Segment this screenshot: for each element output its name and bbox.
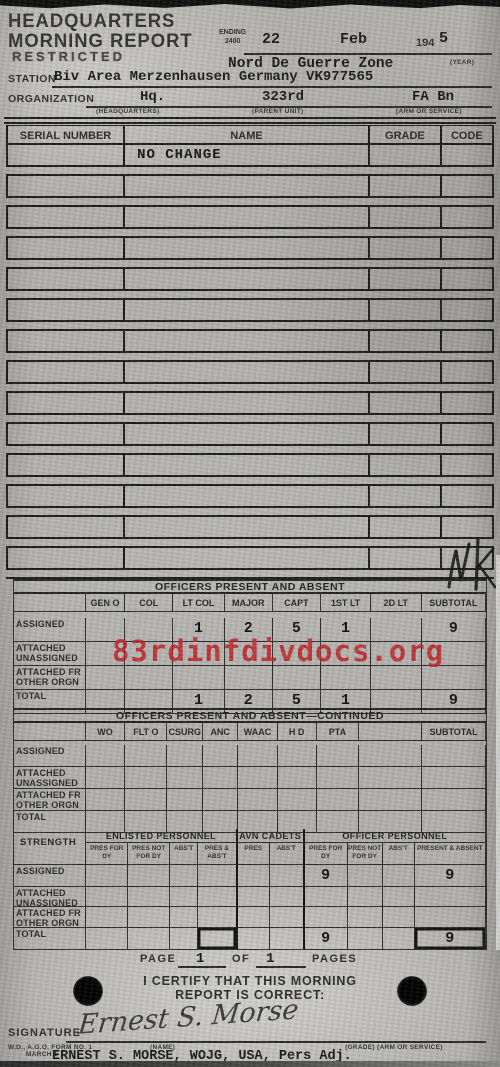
roster-cell bbox=[6, 548, 125, 568]
ending-word: ENDING bbox=[219, 29, 246, 36]
roster-cell bbox=[6, 331, 125, 351]
value-cell bbox=[128, 928, 170, 950]
roster-row-spacer bbox=[6, 446, 494, 455]
roster-cell bbox=[6, 486, 125, 506]
roster-cell bbox=[6, 424, 125, 444]
value-cell bbox=[317, 789, 360, 811]
value-cell bbox=[128, 907, 170, 928]
value-cell bbox=[86, 789, 126, 811]
value-cell bbox=[305, 907, 348, 928]
roster-cell bbox=[6, 300, 125, 320]
column-header: ANC bbox=[203, 723, 238, 741]
column-header: CSURG bbox=[167, 723, 203, 741]
value-cell bbox=[383, 865, 415, 887]
roster-empty-row bbox=[6, 424, 494, 446]
value-cell bbox=[238, 789, 278, 811]
organization-label: ORGANIZATION bbox=[8, 93, 94, 105]
pages-total-underline bbox=[256, 966, 306, 968]
roster-row-spacer bbox=[6, 229, 494, 238]
column-header-serial: SERIAL NUMBER bbox=[6, 126, 125, 143]
roster-empty-row bbox=[6, 362, 494, 384]
strength-table-section: STRENGTH ENLISTED PERSONNEL AVN CADETS O… bbox=[13, 829, 487, 950]
sub-column-header: ABS'T bbox=[383, 843, 415, 865]
officers-continued-title: OFFICERS PRESENT AND ABSENT—CONTINUED bbox=[13, 708, 487, 723]
roster-cell bbox=[6, 238, 125, 258]
value-cell bbox=[238, 865, 270, 887]
roster-row-spacer bbox=[6, 167, 494, 176]
column-header: WO bbox=[86, 723, 126, 741]
column-header-grade: GRADE bbox=[370, 126, 442, 143]
roster-cell bbox=[6, 145, 125, 165]
sub-column-header: PRESENT & ABSENT bbox=[415, 843, 486, 865]
value-cell bbox=[86, 887, 128, 907]
roster-cell bbox=[6, 269, 125, 289]
roster-empty-row bbox=[6, 300, 494, 322]
bottom-scan-edge bbox=[0, 1061, 500, 1067]
roster-cell bbox=[442, 486, 494, 506]
value-cell bbox=[86, 767, 126, 789]
station-label: STATION bbox=[8, 73, 56, 85]
sub-column-header: PRES NOT FOR DY bbox=[348, 843, 383, 865]
roster-cell bbox=[370, 455, 442, 475]
value-cell bbox=[317, 767, 360, 789]
column-header: FLT O bbox=[125, 723, 167, 741]
roster-empty-rows bbox=[6, 176, 494, 579]
roster-cell bbox=[442, 238, 494, 258]
column-header: 2D LT bbox=[371, 594, 422, 612]
roster-cell bbox=[370, 207, 442, 227]
roster-empty-row bbox=[6, 269, 494, 291]
value-cell bbox=[278, 745, 317, 767]
roster-cell bbox=[6, 176, 125, 196]
value-cell bbox=[278, 767, 317, 789]
value-cell bbox=[359, 745, 422, 767]
pages-total: 1 bbox=[266, 951, 274, 967]
page-label: PAGE bbox=[140, 953, 176, 965]
roster-empty-row bbox=[6, 238, 494, 260]
value-cell bbox=[170, 887, 198, 907]
roster-cell bbox=[370, 393, 442, 413]
roster-row-spacer bbox=[6, 477, 494, 486]
row-label: TOTAL bbox=[14, 928, 86, 950]
roster-cell bbox=[370, 300, 442, 320]
value-cell bbox=[359, 767, 422, 789]
value-cell bbox=[383, 907, 415, 928]
roster-cell bbox=[125, 362, 370, 382]
signature-label: SIGNATURE bbox=[8, 1027, 81, 1039]
roster-cell bbox=[370, 362, 442, 382]
roster-cell bbox=[125, 548, 370, 568]
roster-row-spacer bbox=[6, 260, 494, 269]
roster-cell bbox=[125, 517, 370, 537]
watermark-text: 83rdinfdivdocs.org bbox=[112, 634, 444, 668]
value-cell bbox=[348, 928, 383, 950]
value-cell: 9 bbox=[305, 865, 348, 887]
roster-cell bbox=[370, 424, 442, 444]
row-label: ATTACHED UNASSIGNED bbox=[14, 642, 86, 666]
column-header: WAAC bbox=[238, 723, 278, 741]
value-cell bbox=[238, 928, 270, 950]
value-cell bbox=[348, 907, 383, 928]
officers-table-title: OFFICERS PRESENT AND ABSENT bbox=[13, 579, 487, 594]
value-cell bbox=[317, 745, 360, 767]
sub-column-header: PRES NOT FOR DY bbox=[128, 843, 170, 865]
column-header: 1ST LT bbox=[321, 594, 371, 612]
roster-cell bbox=[125, 393, 370, 413]
roster-cell bbox=[125, 176, 370, 196]
value-cell bbox=[203, 789, 238, 811]
roster-cell bbox=[442, 455, 494, 475]
value-cell bbox=[198, 907, 238, 928]
roster-cell bbox=[370, 517, 442, 537]
value-cell bbox=[125, 666, 173, 690]
row-label: ATTACHED UNASSIGNED bbox=[14, 767, 86, 789]
station-underline bbox=[52, 86, 492, 88]
sub-column-header: PRES bbox=[238, 843, 270, 865]
restricted-stamp: RESTRICTED bbox=[12, 49, 125, 64]
row-label: ASSIGNED bbox=[14, 865, 86, 887]
value-cell: 9 bbox=[415, 865, 486, 887]
roster-cell bbox=[125, 424, 370, 444]
roster-row-spacer bbox=[6, 539, 494, 548]
grade-arm-sublabel: (GRADE) (ARM OR SERVICE) bbox=[345, 1044, 443, 1051]
ending-time: 2400 bbox=[225, 38, 241, 45]
roster-cell bbox=[6, 207, 125, 227]
date-month-value: Feb bbox=[340, 31, 367, 48]
roster-cell bbox=[6, 455, 125, 475]
roster-cell bbox=[370, 145, 442, 165]
date-underline bbox=[244, 53, 492, 55]
roster-row-spacer bbox=[6, 198, 494, 207]
signature-underline bbox=[66, 1041, 486, 1043]
roster-cell bbox=[125, 331, 370, 351]
roster-cell bbox=[125, 300, 370, 320]
roster-cell bbox=[442, 300, 494, 320]
value-cell bbox=[270, 928, 305, 950]
torn-paper-edge bbox=[0, 0, 500, 9]
value-cell bbox=[422, 745, 486, 767]
value-cell bbox=[273, 666, 322, 690]
roster-empty-row bbox=[6, 517, 494, 539]
roster-row-spacer bbox=[6, 415, 494, 424]
sub-column-header: PRES FOR DY bbox=[86, 843, 128, 865]
group-header-officer: OFFICER PERSONNEL bbox=[305, 829, 486, 843]
strength-table-grid: STRENGTH ENLISTED PERSONNEL AVN CADETS O… bbox=[13, 829, 487, 950]
roster-cell bbox=[125, 486, 370, 506]
column-header: COL bbox=[125, 594, 173, 612]
column-header: PTA bbox=[317, 723, 360, 741]
form-header: HEADQUARTERS MORNING REPORT RESTRICTED E… bbox=[0, 9, 500, 123]
value-cell bbox=[422, 789, 486, 811]
value-cell bbox=[86, 745, 126, 767]
value-cell bbox=[383, 928, 415, 950]
column-header: GEN O bbox=[86, 594, 126, 612]
date-day-value: 22 bbox=[262, 31, 280, 48]
page-number-underline bbox=[178, 966, 226, 968]
group-header-enlisted: ENLISTED PERSONNEL bbox=[86, 829, 237, 843]
no-change-entry: NO CHANGE bbox=[125, 145, 370, 165]
value-cell bbox=[371, 666, 422, 690]
headquarters-title: HEADQUARTERS bbox=[8, 11, 175, 33]
roster-row-spacer bbox=[6, 291, 494, 300]
page-count-line: PAGE 1 OF 1 PAGES bbox=[0, 951, 500, 969]
value-cell bbox=[86, 907, 128, 928]
org-hq-sublabel: (HEADQUARTERS) bbox=[96, 108, 159, 115]
column-header: MAJOR bbox=[225, 594, 273, 612]
value-cell bbox=[128, 887, 170, 907]
value-cell bbox=[348, 865, 383, 887]
sub-column-header: ABS'T bbox=[170, 843, 198, 865]
value-cell bbox=[125, 745, 167, 767]
roster-cell bbox=[370, 331, 442, 351]
value-cell bbox=[238, 767, 278, 789]
value-cell bbox=[125, 789, 167, 811]
column-header: SUBTOTAL bbox=[422, 594, 486, 612]
roster-cell bbox=[442, 362, 494, 382]
roster-empty-row bbox=[6, 455, 494, 477]
value-cell: 9 bbox=[415, 928, 486, 950]
roster-empty-row bbox=[6, 331, 494, 353]
value-cell bbox=[359, 789, 422, 811]
roster-row-spacer bbox=[6, 353, 494, 362]
row-label: ATTACHED FR OTHER ORGN bbox=[14, 789, 86, 811]
roster-cell bbox=[442, 393, 494, 413]
value-cell bbox=[86, 666, 126, 690]
value-cell bbox=[321, 666, 371, 690]
column-header: CAPT bbox=[273, 594, 322, 612]
strength-label: STRENGTH bbox=[14, 829, 86, 865]
value-cell bbox=[198, 928, 238, 950]
roster-cell bbox=[125, 269, 370, 289]
column-header bbox=[359, 723, 422, 741]
value-cell bbox=[305, 887, 348, 907]
roster-cell bbox=[370, 238, 442, 258]
value-cell bbox=[422, 767, 486, 789]
roster-header-row: SERIAL NUMBER NAME GRADE CODE bbox=[6, 123, 494, 145]
roster-empty-row bbox=[6, 176, 494, 198]
column-header bbox=[14, 723, 86, 741]
roster-cell bbox=[370, 486, 442, 506]
org-parent-value: 323rd bbox=[262, 89, 304, 105]
value-cell bbox=[167, 767, 203, 789]
roster-cell bbox=[6, 517, 125, 537]
roster-cell bbox=[442, 424, 494, 444]
station-value: Biv Area Merzenhausen Germany VK977565 bbox=[54, 69, 373, 85]
roster-row-spacer bbox=[6, 570, 494, 579]
value-cell bbox=[238, 887, 270, 907]
roster-cell bbox=[442, 517, 494, 537]
roster-cell bbox=[125, 238, 370, 258]
value-cell bbox=[415, 887, 486, 907]
column-header bbox=[14, 594, 86, 612]
org-arm-sublabel: (ARM OR SERVICE) bbox=[396, 108, 462, 115]
year-sublabel: (YEAR) bbox=[450, 59, 474, 66]
value-cell bbox=[86, 928, 128, 950]
value-cell bbox=[203, 745, 238, 767]
value-cell bbox=[170, 907, 198, 928]
roster-row-spacer bbox=[6, 322, 494, 331]
roster-cell bbox=[370, 176, 442, 196]
value-cell bbox=[238, 745, 278, 767]
column-header-code: CODE bbox=[442, 126, 494, 143]
value-cell bbox=[167, 789, 203, 811]
roster-table: SERIAL NUMBER NAME GRADE CODE NO CHANGE bbox=[6, 123, 494, 579]
roster-cell bbox=[6, 362, 125, 382]
roster-entry-row: NO CHANGE bbox=[6, 145, 494, 167]
row-label: ATTACHED FR OTHER ORGN bbox=[14, 666, 86, 690]
value-cell bbox=[383, 887, 415, 907]
value-cell bbox=[125, 767, 167, 789]
value-cell bbox=[170, 928, 198, 950]
column-header-name: NAME bbox=[125, 126, 370, 143]
roster-cell bbox=[442, 145, 494, 165]
value-cell bbox=[348, 887, 383, 907]
roster-row-spacer bbox=[6, 384, 494, 393]
officers-continued-section: OFFICERS PRESENT AND ABSENT—CONTINUED WO… bbox=[13, 708, 487, 833]
value-cell bbox=[86, 865, 128, 887]
value-cell bbox=[270, 887, 305, 907]
roster-row-spacer bbox=[6, 508, 494, 517]
roster-cell bbox=[125, 455, 370, 475]
row-label: ATTACHED FR OTHER ORGN bbox=[14, 907, 86, 928]
year-prefix: 194 bbox=[416, 37, 434, 49]
org-arm-value: FA Bn bbox=[412, 89, 454, 105]
row-label: ASSIGNED bbox=[14, 745, 86, 767]
sub-column-header: PRES FOR DY bbox=[305, 843, 348, 865]
value-cell bbox=[170, 865, 198, 887]
value-cell bbox=[198, 865, 238, 887]
org-hq-value: Hq. bbox=[140, 89, 165, 105]
roster-empty-row bbox=[6, 548, 494, 570]
morning-report-scan: HEADQUARTERS MORNING REPORT RESTRICTED E… bbox=[0, 0, 500, 1067]
roster-cell bbox=[442, 331, 494, 351]
column-header: LT COL bbox=[173, 594, 225, 612]
value-cell bbox=[270, 865, 305, 887]
column-header: H D bbox=[278, 723, 317, 741]
roster-cell bbox=[442, 207, 494, 227]
row-label: ASSIGNED bbox=[14, 618, 86, 642]
value-cell bbox=[173, 666, 225, 690]
officers-continued-grid: WOFLT OCSURGANCWAACH DPTASUBTOTALASSIGNE… bbox=[13, 723, 487, 833]
row-label: ATTACHED UNASSIGNED bbox=[14, 887, 86, 907]
value-cell bbox=[198, 887, 238, 907]
roster-empty-row bbox=[6, 207, 494, 229]
of-label: OF bbox=[232, 953, 250, 965]
roster-cell bbox=[442, 176, 494, 196]
roster-cell bbox=[442, 269, 494, 289]
roster-cell bbox=[125, 207, 370, 227]
sub-column-header: ABS'T bbox=[270, 843, 305, 865]
value-cell bbox=[238, 907, 270, 928]
paper-edge-highlight bbox=[496, 555, 500, 950]
group-header-avn-cadets: AVN CADETS bbox=[238, 829, 305, 843]
value-cell bbox=[128, 865, 170, 887]
value-cell bbox=[203, 767, 238, 789]
pages-label: PAGES bbox=[312, 953, 357, 965]
roster-cell bbox=[6, 393, 125, 413]
value-cell bbox=[415, 907, 486, 928]
sub-column-header: PRES & ABS'T bbox=[198, 843, 238, 865]
value-cell bbox=[270, 907, 305, 928]
roster-cell bbox=[370, 269, 442, 289]
ending-label: ENDING 2400 bbox=[219, 28, 246, 46]
column-header: SUBTOTAL bbox=[422, 723, 486, 741]
value-cell bbox=[422, 666, 486, 690]
value-cell bbox=[167, 745, 203, 767]
roster-cell bbox=[370, 548, 442, 568]
value-cell bbox=[225, 666, 273, 690]
value-cell: 9 bbox=[305, 928, 348, 950]
org-parent-sublabel: (PARENT UNIT) bbox=[252, 108, 303, 115]
value-cell bbox=[278, 789, 317, 811]
roster-empty-row bbox=[6, 486, 494, 508]
page-number: 1 bbox=[196, 951, 204, 967]
year-digit-value: 5 bbox=[439, 30, 448, 47]
roster-empty-row bbox=[6, 393, 494, 415]
certification-line1: I CERTIFY THAT THIS MORNING bbox=[0, 974, 500, 988]
